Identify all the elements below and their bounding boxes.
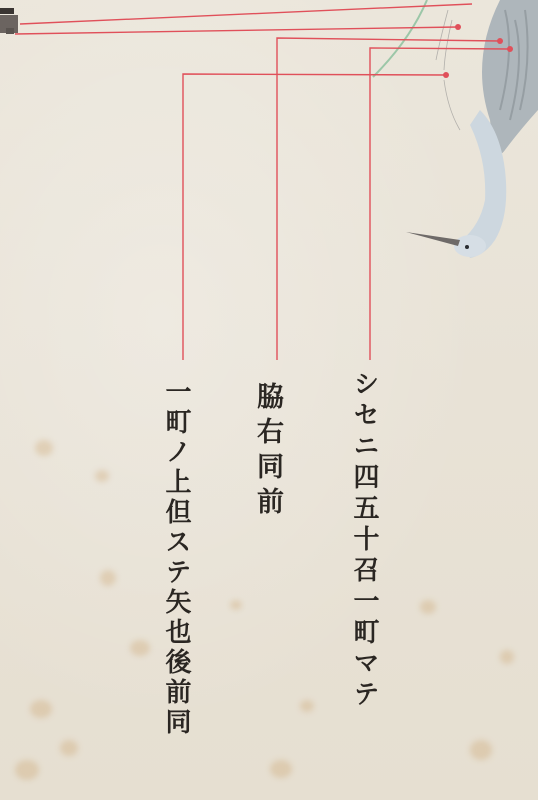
scroll-paper: シセニ四五十召一町マテ 脇右同前 一町ノ上但ステ矢也後前同 [0, 0, 538, 800]
annotation-label-3: 一町ノ上但ステ矢也後前同 [163, 378, 189, 738]
leader-lines [15, 4, 510, 360]
annotation-label-1: シセニ四五十召一町マテ [351, 370, 377, 711]
annotation-label-2: 脇右同前 [254, 382, 281, 522]
arrow-tip-icon [0, 8, 18, 34]
